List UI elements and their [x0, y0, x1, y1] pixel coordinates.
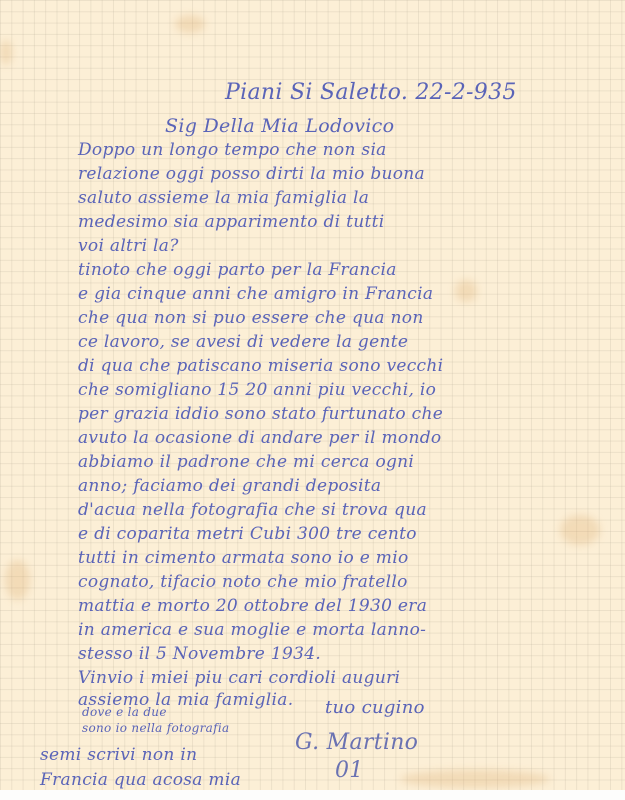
body-line: relazione oggi posso dirti la mio buona [78, 164, 425, 184]
body-line: e di coparita metri Cubi 300 tre cento [78, 524, 417, 544]
body-line: in america e sua moglie e morta lanno- [78, 620, 426, 640]
body-line: mattia e morto 20 ottobre del 1930 era [78, 596, 427, 616]
body-line: stesso il 5 Novembre 1934. [78, 644, 321, 664]
body-line: che qua non si puo essere che qua non [78, 308, 424, 328]
margin-note: dove e la due [82, 705, 167, 719]
paper-stain [0, 40, 12, 65]
body-line: saluto assieme la mia famiglia la [78, 188, 369, 208]
body-line: e gia cinque anni che amigro in Francia [78, 284, 433, 304]
signature-flourish: 01 [335, 758, 364, 783]
body-line: ce lavoro, se avesi di vedere la gente [78, 332, 408, 352]
postscript-line: semi scrivi non in [40, 745, 197, 765]
paper-stain [5, 560, 30, 600]
signature: G. Martino [295, 730, 418, 755]
place-date: Piani Si Saletto. 22-2-935 [225, 80, 517, 105]
body-line: tutti in cimento armata sono io e mio [78, 548, 409, 568]
body-line: abbiamo il padrone che mi cerca ogni [78, 452, 414, 472]
body-line: d'acua nella fotografia che si trova qua [78, 500, 427, 520]
body-line: di qua che patiscano miseria sono vecchi [78, 356, 443, 376]
paper-stain [560, 515, 600, 545]
body-line: per grazia iddio sono stato furtunato ch… [78, 404, 443, 424]
paper-stain [175, 15, 205, 33]
body-line: che somigliano 15 20 anni piu vecchi, io [78, 380, 436, 400]
body-line: cognato, tifacio noto che mio fratello [78, 572, 408, 592]
salutation: Sig Della Mia Lodovico [165, 115, 394, 137]
page-edge [0, 790, 625, 800]
paper-stain [400, 770, 550, 788]
body-line: Doppo un longo tempo che non sia [78, 140, 387, 160]
postscript-line: Francia qua acosa mia [40, 770, 241, 790]
body-line: voi altri la? [78, 236, 179, 256]
paper-stain [455, 280, 477, 302]
body-line: anno; faciamo dei grandi deposita [78, 476, 381, 496]
body-line: tinoto che oggi parto per la Francia [78, 260, 397, 280]
body-line: Vinvio i miei piu cari cordioli auguri [78, 668, 400, 688]
body-line: medesimo sia apparimento di tutti [78, 212, 384, 232]
body-line: avuto la ocasione di andare per il mondo [78, 428, 441, 448]
closing: tuo cugino [325, 697, 425, 718]
margin-note: sono io nella fotografia [82, 721, 229, 735]
